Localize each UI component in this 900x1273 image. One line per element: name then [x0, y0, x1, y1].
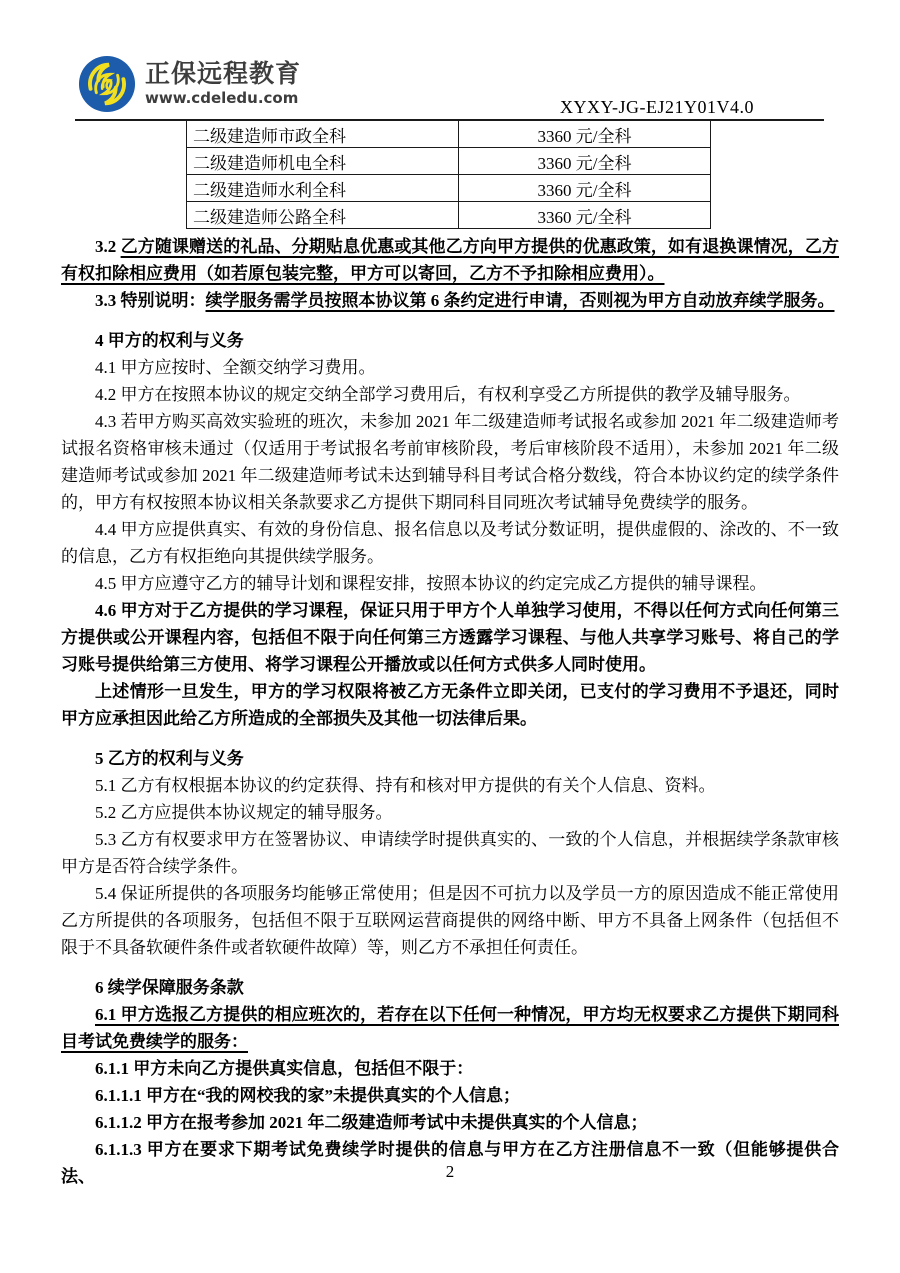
table-row: 二级建造师水利全科3360 元/全科	[187, 175, 711, 202]
contract-paragraph: 5.2 乙方应提供本协议规定的辅导服务。	[61, 799, 839, 826]
page-number: 2	[0, 1162, 900, 1182]
section-heading: 4 甲方的权利与义务	[61, 327, 839, 354]
text-segment: 6.1.1.1 甲方在“我的网校我的家”未提供真实的个人信息；	[95, 1086, 520, 1105]
contract-paragraph: 4.6 甲方对于乙方提供的学习课程，保证只用于甲方个人单独学习使用，不得以任何方…	[61, 597, 839, 678]
contract-paragraph: 4.3 若甲方购买高效实验班的班次，未参加 2021 年二级建造师考试报名或参加…	[61, 408, 839, 516]
contract-paragraph: 4.2 甲方在按照本协议的规定交纳全部学习费用后，有权利享受乙方所提供的教学及辅…	[61, 381, 839, 408]
text-segment: 6 续学保障服务条款	[95, 978, 244, 997]
text-segment: 4 甲方的权利与义务	[95, 331, 244, 350]
contract-paragraph: 5.3 乙方有权要求甲方在签署协议、申请续学时提供真实的、一致的个人信息，并根据…	[61, 826, 839, 880]
text-segment: 4.6 甲方对于乙方提供的学习课程，保证只用于甲方个人单独学习使用，不得以任何方…	[61, 601, 839, 674]
price-table: 二级建造师市政全科3360 元/全科二级建造师机电全科3360 元/全科二级建造…	[186, 120, 711, 229]
text-segment: 5.4 保证所提供的各项服务均能够正常使用；但是因不可抗力以及学员一方的原因造成…	[61, 884, 839, 957]
text-segment: 上述情形一旦发生，甲方的学习权限将被乙方无条件立即关闭，已支付的学习费用不予退还…	[61, 682, 839, 728]
contract-paragraph: 6.1.1.2 甲方在报考参加 2021 年二级建造师考试中未提供真实的个人信息…	[61, 1109, 839, 1136]
course-name-cell: 二级建造师水利全科	[187, 175, 459, 202]
contract-paragraph: 3.2 乙方随课赠送的礼品、分期贴息优惠或其他乙方向甲方提供的优惠政策，如有退换…	[61, 233, 839, 287]
contract-paragraph: 5.4 保证所提供的各项服务均能够正常使用；但是因不可抗力以及学员一方的原因造成…	[61, 880, 839, 961]
course-name-cell: 二级建造师市政全科	[187, 121, 459, 148]
cdel-logo-icon	[78, 55, 136, 113]
contract-body: 3.2 乙方随课赠送的礼品、分期贴息优惠或其他乙方向甲方提供的优惠政策，如有退换…	[61, 233, 839, 1190]
section-heading: 6 续学保障服务条款	[61, 974, 839, 1001]
text-segment: 3.2	[95, 237, 121, 256]
table-row: 二级建造师公路全科3360 元/全科	[187, 202, 711, 229]
contract-page: 正保远程教育 www.cdeledu.com XYXY-JG-EJ21Y01V4…	[0, 0, 900, 1273]
text-segment: 4.4 甲方应提供真实、有效的身份信息、报名信息以及考试分数证明，提供虚假的、涂…	[61, 520, 839, 566]
table-row: 二级建造师机电全科3360 元/全科	[187, 148, 711, 175]
brand-text: 正保远程教育 www.cdeledu.com	[145, 60, 301, 108]
text-segment: 4.5 甲方应遵守乙方的辅导计划和课程安排，按照本协议的约定完成乙方提供的辅导课…	[95, 574, 767, 593]
course-price-cell: 3360 元/全科	[459, 175, 711, 202]
text-segment: 续学服务需学员按照本协议第 6 条约定进行申请，否则视为甲方自动放弃续学服务。	[206, 291, 835, 310]
text-segment: 5 乙方的权利与义务	[95, 749, 244, 768]
text-segment: 6.1.1.2 甲方在报考参加 2021 年二级建造师考试中未提供真实的个人信息…	[95, 1113, 648, 1132]
course-name-cell: 二级建造师公路全科	[187, 202, 459, 229]
text-segment: 乙方随课赠送的礼品、分期贴息优惠或其他乙方向甲方提供的优惠政策，如有退换课情况，…	[61, 237, 839, 283]
contract-paragraph: 上述情形一旦发生，甲方的学习权限将被乙方无条件立即关闭，已支付的学习费用不予退还…	[61, 678, 839, 732]
course-price-cell: 3360 元/全科	[459, 148, 711, 175]
brand-header: 正保远程教育 www.cdeledu.com	[78, 55, 301, 113]
document-code: XYXY-JG-EJ21Y01V4.0	[560, 97, 754, 118]
contract-paragraph: 6.1.1 甲方未向乙方提供真实信息，包括但不限于：	[61, 1055, 839, 1082]
text-segment: 4.1 甲方应按时、全额交纳学习费用。	[95, 358, 376, 377]
course-price-cell: 3360 元/全科	[459, 202, 711, 229]
text-segment: 6.1.1 甲方未向乙方提供真实信息，包括但不限于：	[95, 1059, 473, 1078]
contract-paragraph: 4.4 甲方应提供真实、有效的身份信息、报名信息以及考试分数证明，提供虚假的、涂…	[61, 516, 839, 570]
brand-name: 正保远程教育	[145, 60, 301, 88]
contract-paragraph: 4.1 甲方应按时、全额交纳学习费用。	[61, 354, 839, 381]
text-segment: 5.2 乙方应提供本协议规定的辅导服务。	[95, 803, 393, 822]
course-price-cell: 3360 元/全科	[459, 121, 711, 148]
contract-paragraph: 3.3 特别说明：续学服务需学员按照本协议第 6 条约定进行申请，否则视为甲方自…	[61, 287, 839, 314]
text-segment: 6.1 甲方选报乙方提供的相应班次的，若存在以下任何一种情况，甲方均无权要求乙方…	[61, 1005, 839, 1051]
section-heading: 5 乙方的权利与义务	[61, 745, 839, 772]
text-segment: 3.3 特别说明：	[95, 291, 206, 310]
text-segment: 5.1 乙方有权根据本协议的约定获得、持有和核对甲方提供的有关个人信息、资料。	[95, 776, 716, 795]
course-name-cell: 二级建造师机电全科	[187, 148, 459, 175]
table-row: 二级建造师市政全科3360 元/全科	[187, 121, 711, 148]
text-segment: 4.2 甲方在按照本协议的规定交纳全部学习费用后，有权利享受乙方所提供的教学及辅…	[95, 385, 801, 404]
contract-paragraph: 5.1 乙方有权根据本协议的约定获得、持有和核对甲方提供的有关个人信息、资料。	[61, 772, 839, 799]
contract-paragraph: 4.5 甲方应遵守乙方的辅导计划和课程安排，按照本协议的约定完成乙方提供的辅导课…	[61, 570, 839, 597]
text-segment: 4.3 若甲方购买高效实验班的班次，未参加 2021 年二级建造师考试报名或参加…	[61, 412, 839, 512]
text-segment: 5.3 乙方有权要求甲方在签署协议、申请续学时提供真实的、一致的个人信息，并根据…	[61, 830, 839, 876]
contract-paragraph: 6.1.1.1 甲方在“我的网校我的家”未提供真实的个人信息；	[61, 1082, 839, 1109]
contract-paragraph: 6.1 甲方选报乙方提供的相应班次的，若存在以下任何一种情况，甲方均无权要求乙方…	[61, 1001, 839, 1055]
brand-url: www.cdeledu.com	[145, 88, 301, 108]
